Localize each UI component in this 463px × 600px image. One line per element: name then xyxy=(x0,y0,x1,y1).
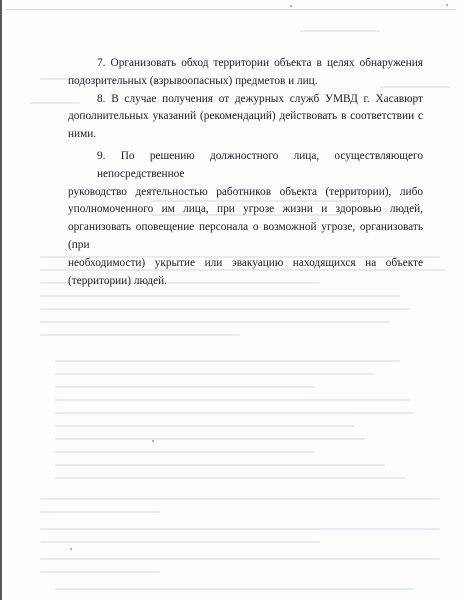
scan-speck xyxy=(446,4,448,6)
scan-speck xyxy=(70,548,72,550)
scan-edge xyxy=(0,0,2,600)
scanned-page: 7. Организовать обход территории объекта… xyxy=(0,0,463,600)
text-line: необходимости) укрытие или эвакуацию нах… xyxy=(68,255,423,273)
paragraph-7: 7. Организовать обход территории объекта… xyxy=(68,55,423,91)
paragraph-8: 8. В случае получения от дежурных служб … xyxy=(68,91,423,144)
text-line: руководство деятельностью работников объ… xyxy=(68,184,423,202)
text-line: 8. В случае получения от дежурных служб … xyxy=(68,91,423,109)
text-line: ними. xyxy=(68,126,423,144)
text-line: (территории) людей. xyxy=(68,273,423,291)
paragraph-9: 9. По решению должностного лица, осущест… xyxy=(68,148,423,290)
text-line: 9. По решению должностного лица, осущест… xyxy=(68,148,423,184)
text-line: организовать оповещение персонала о возм… xyxy=(68,219,423,255)
document-body: 7. Организовать обход территории объекта… xyxy=(68,55,423,290)
scan-speck xyxy=(152,440,154,442)
text-line: 7. Организовать обход территории объекта… xyxy=(68,55,423,73)
scan-top-rule xyxy=(6,9,456,10)
scan-speck xyxy=(290,5,292,7)
text-line: дополнительных указаний (рекомендаций) д… xyxy=(68,108,423,126)
text-line: уполномоченного им лица, при угрозе жизн… xyxy=(68,201,423,219)
text-line: подозрительных (взрывоопасных) предметов… xyxy=(68,73,423,91)
